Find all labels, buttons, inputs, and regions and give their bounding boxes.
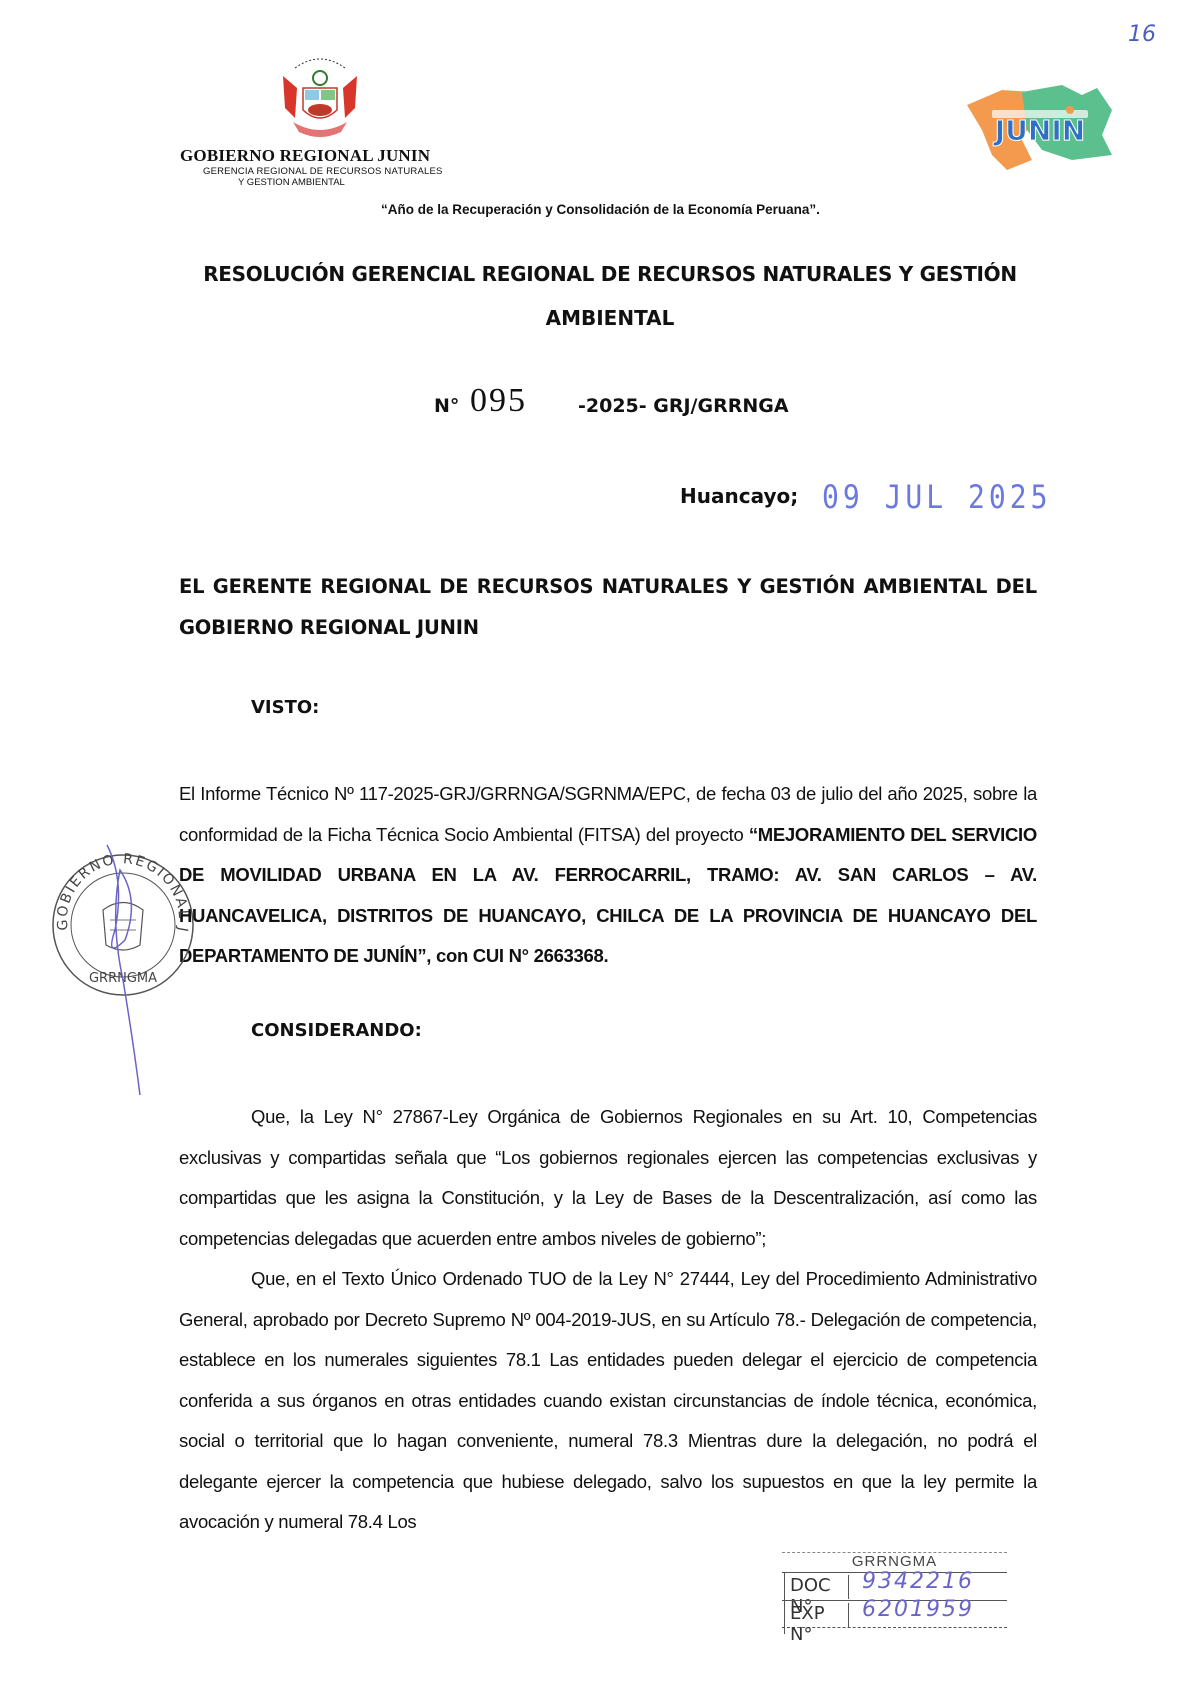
department-name-2: Y GESTION AMBIENTAL <box>238 177 345 188</box>
resolution-title-2: AMBIENTAL <box>0 306 1190 330</box>
date-stamp: 09 JUL 2025 <box>822 478 1051 516</box>
resolution-number: 095 <box>470 382 527 420</box>
resolution-number-suffix: -2025- GRJ/GRRNGA <box>578 395 789 417</box>
considerando-paragraphs: Que, la Ley N° 27867-Ley Orgánica de Gob… <box>179 1097 1037 1543</box>
resolution-number-label: N° <box>434 395 459 417</box>
exp-number-row: EXP N° 6201959 <box>782 1600 1007 1628</box>
exp-number-label: EXP N° <box>790 1603 849 1627</box>
visto-label: VISTO: <box>251 697 319 718</box>
considerando-paragraph: Que, la Ley N° 27867-Ley Orgánica de Gob… <box>179 1097 1037 1259</box>
svg-text:JUNIN: JUNIN <box>993 114 1085 147</box>
stamp-title: GRRNGMA <box>782 1552 1007 1570</box>
issuer-heading: EL GERENTE REGIONAL DE RECURSOS NATURALE… <box>179 566 1037 648</box>
page-number: 16 <box>1128 22 1156 47</box>
doc-number-label: DOC N° <box>790 1575 849 1599</box>
department-name: GERENCIA REGIONAL DE RECURSOS NATURALES <box>203 166 443 177</box>
junin-region-logo-icon: JUNIN <box>962 80 1122 175</box>
year-motto: “Año de la Recuperación y Consolidación … <box>381 202 820 217</box>
place: Huancayo; <box>680 484 798 508</box>
visto-paragraph: El Informe Técnico Nº 117-2025-GRJ/GRRNG… <box>179 774 1037 977</box>
peru-coat-of-arms-icon <box>275 48 365 148</box>
reception-stamp: GRRNGMA DOC N° 9342216 EXP N° 6201959 <box>782 1552 1007 1660</box>
doc-number-value: 9342216 <box>862 1569 974 1594</box>
institution-name: GOBIERNO REGIONAL JUNIN <box>180 146 430 166</box>
considerando-paragraph: Que, en el Texto Único Ordenado TUO de l… <box>179 1259 1037 1543</box>
doc-number-row: DOC N° 9342216 <box>782 1572 1007 1599</box>
exp-number-value: 6201959 <box>862 1597 974 1622</box>
resolution-title: RESOLUCIÓN GERENCIAL REGIONAL DE RECURSO… <box>0 262 1190 286</box>
signature-mark <box>95 840 155 1100</box>
considerando-label: CONSIDERANDO: <box>251 1020 422 1041</box>
